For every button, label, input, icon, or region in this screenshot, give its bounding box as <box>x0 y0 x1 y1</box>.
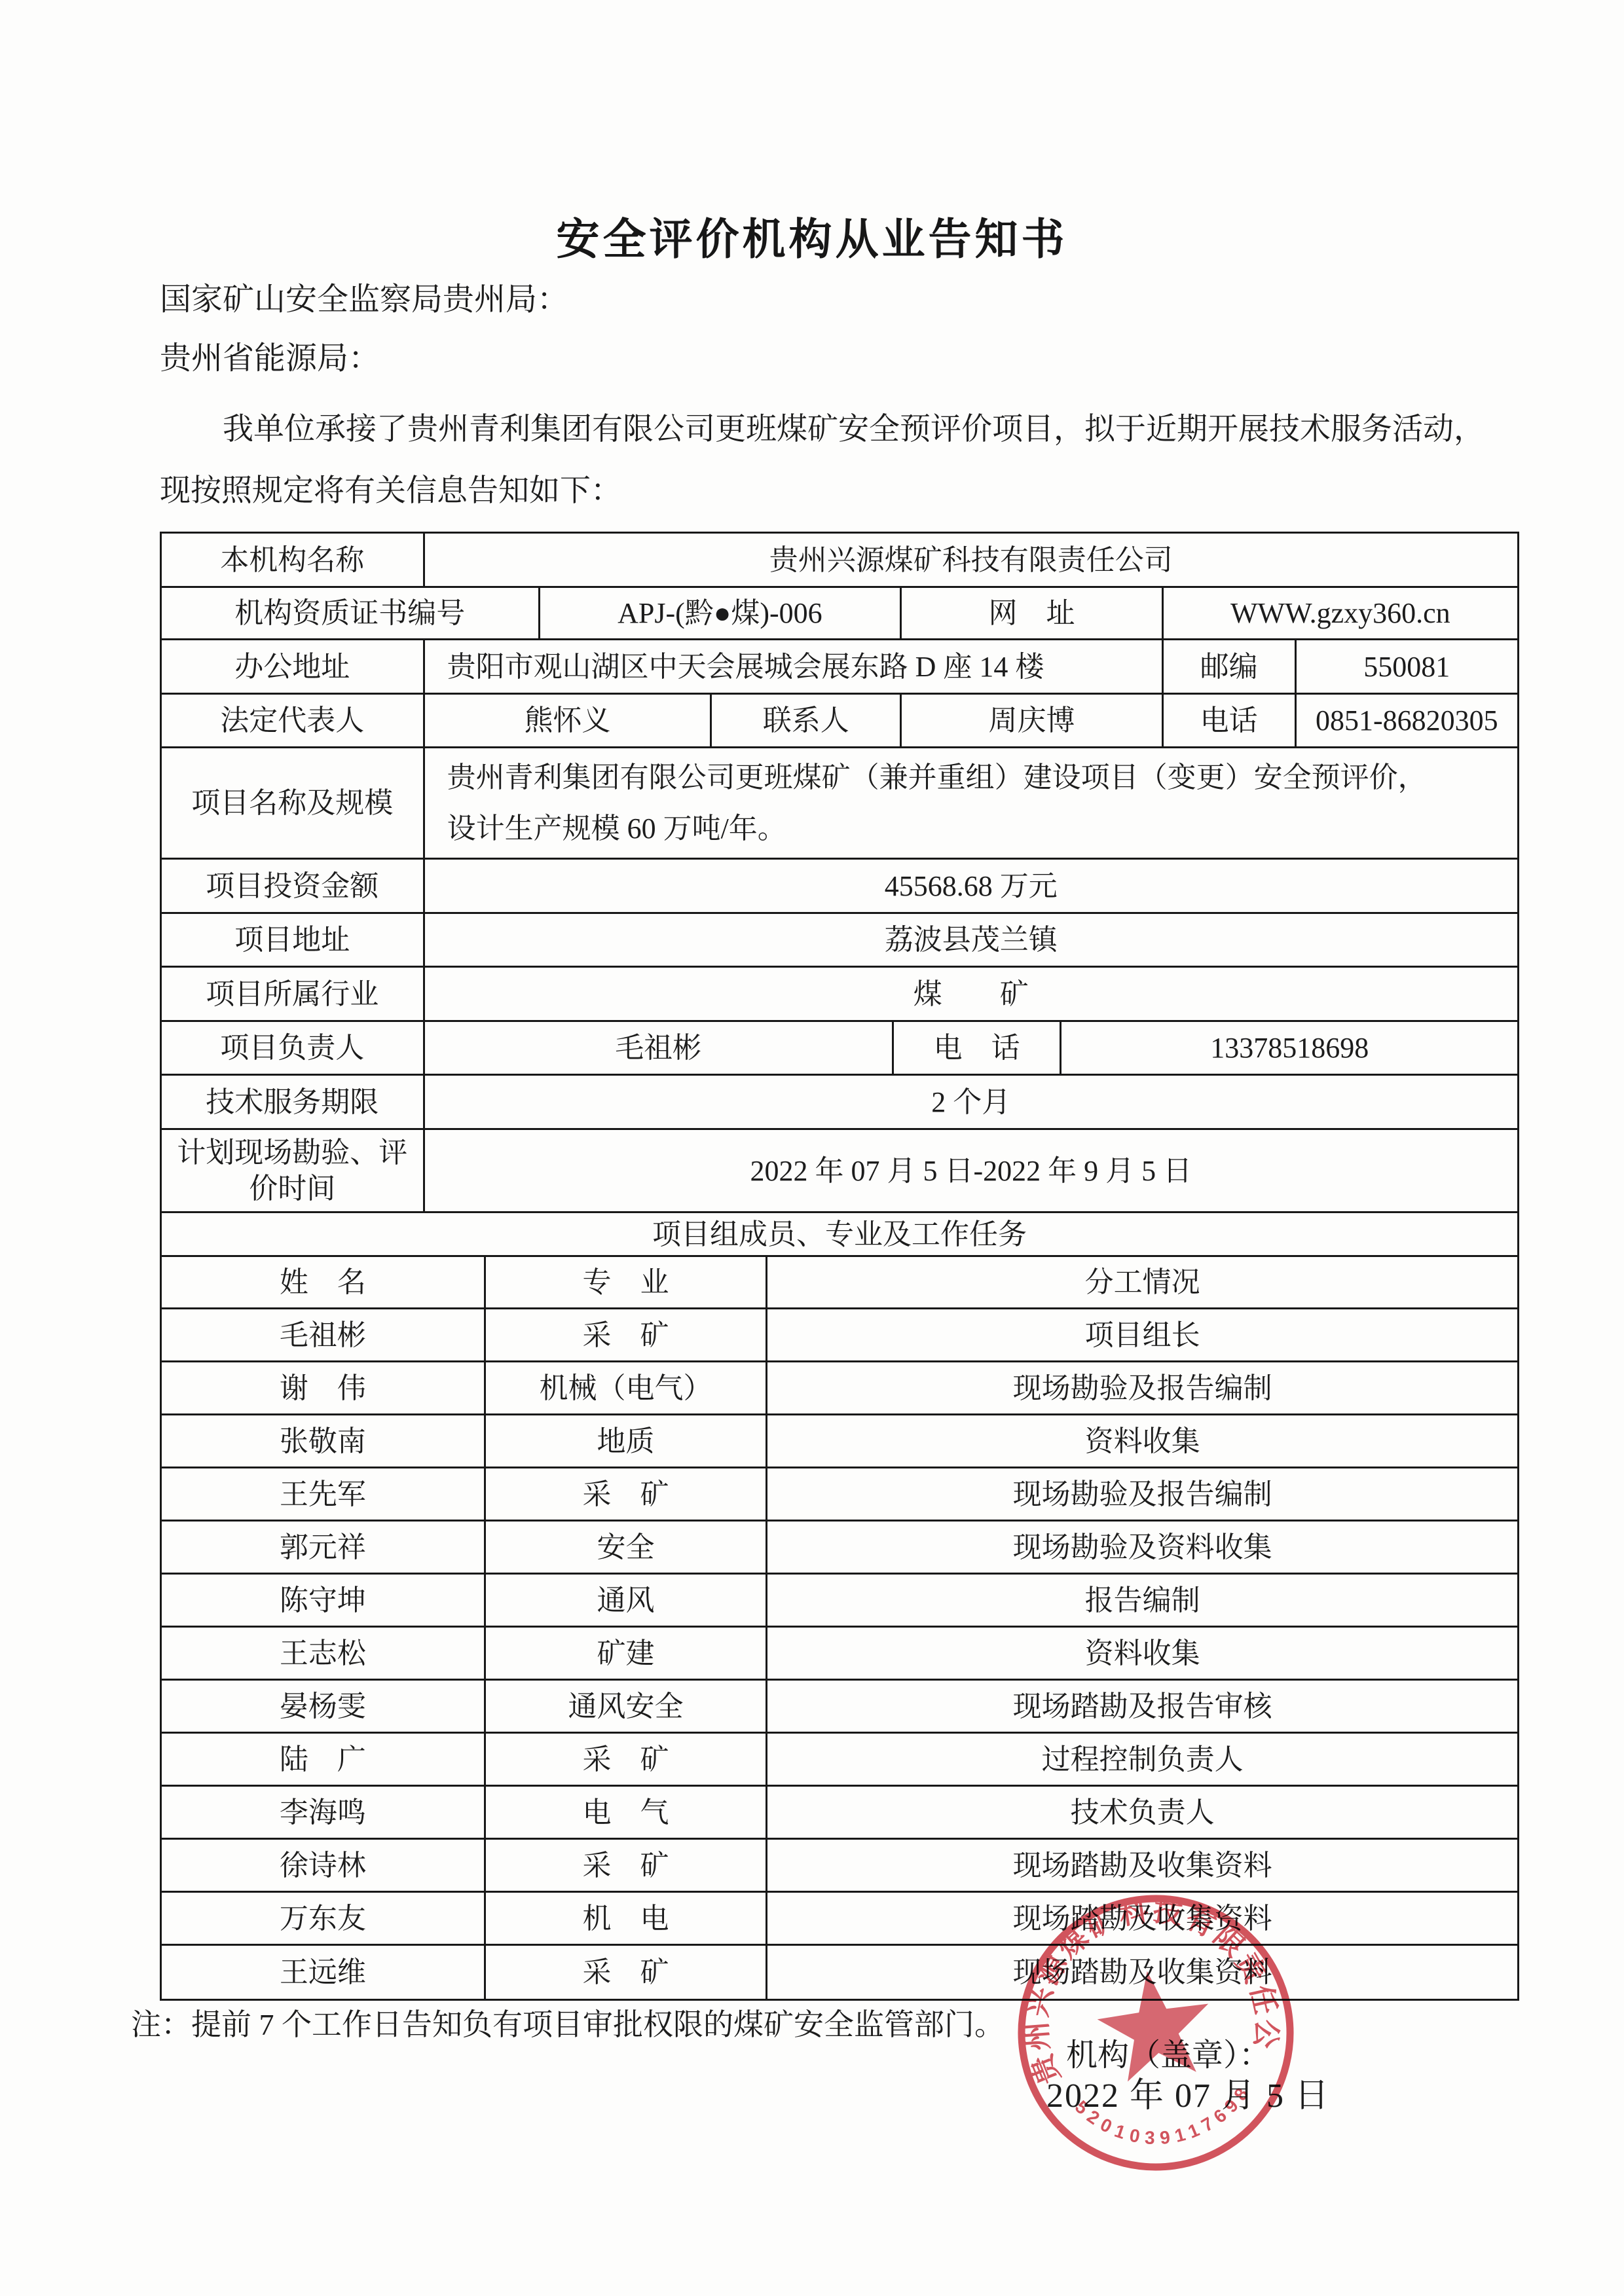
table-cell: 贵州兴源煤矿科技有限责任公司 <box>425 534 1517 586</box>
table-row: 办公地址贵阳市观山湖区中天会展城会展东路 D 座 14 楼邮编550081 <box>162 640 1517 695</box>
table-cell: 贵州青利集团有限公司更班煤矿（兼并重组）建设项目（变更）安全预评价，设计生产规模… <box>425 748 1517 858</box>
table-cell: 项目组成员、专业及工作任务 <box>162 1213 1517 1255</box>
intro-paragraph-line-2: 现按照规定将有关信息告知如下： <box>160 466 621 510</box>
table-cell: 熊怀义 <box>425 695 712 746</box>
table-cell: 项目地址 <box>162 914 425 966</box>
table-cell: 计划现场勘验、评价时间 <box>162 1130 425 1211</box>
table-cell: 45568.68 万元 <box>425 860 1517 912</box>
table-cell: 报告编制 <box>767 1575 1517 1626</box>
table-cell: 通风安全 <box>486 1681 768 1732</box>
table-cell: 煤 矿 <box>425 968 1517 1020</box>
table-cell: 采 矿 <box>486 1468 768 1520</box>
table-cell: 安全 <box>486 1522 768 1573</box>
table-cell: 机 电 <box>486 1893 768 1944</box>
table-cell: 法定代表人 <box>162 695 425 746</box>
table-cell: 徐诗林 <box>162 1840 486 1891</box>
table-cell: 陆 广 <box>162 1734 486 1785</box>
table-row: 王先军采 矿现场勘验及报告编制 <box>162 1468 1517 1522</box>
table-cell: 张敬南 <box>162 1415 486 1467</box>
addressee-line-2: 贵州省能源局： <box>160 333 380 378</box>
table-row: 技术服务期限2 个月 <box>162 1076 1517 1130</box>
table-cell: 项目组长 <box>767 1309 1517 1360</box>
table-cell: 电话 <box>1164 695 1297 746</box>
table-cell-line: 贵州青利集团有限公司更班煤矿（兼并重组）建设项目（变更）安全预评价， <box>447 752 1427 803</box>
table-row: 王志松矿建资料收集 <box>162 1628 1517 1681</box>
table-cell: 地质 <box>486 1415 768 1467</box>
table-row: 本机构名称贵州兴源煤矿科技有限责任公司 <box>162 534 1517 588</box>
signature-date: 2022 年 07 月 5 日 <box>1046 2068 1330 2117</box>
table-cell: 0851-86820305 <box>1297 695 1517 746</box>
table-cell: 邮编 <box>1164 640 1297 693</box>
table-cell: 资料收集 <box>767 1415 1517 1467</box>
table-cell: 毛祖彬 <box>162 1309 486 1360</box>
table-cell: 项目名称及规模 <box>162 748 425 858</box>
table-cell: 矿建 <box>486 1628 768 1679</box>
table-cell: 王先军 <box>162 1468 486 1520</box>
table-cell-line: 设计生产规模 60 万吨/年。 <box>447 803 786 854</box>
table-row: 项目名称及规模贵州青利集团有限公司更班煤矿（兼并重组）建设项目（变更）安全预评价… <box>162 748 1517 860</box>
table-cell: 办公地址 <box>162 640 425 693</box>
table-cell: 技术服务期限 <box>162 1076 425 1128</box>
table-cell: 谢 伟 <box>162 1362 486 1413</box>
table-cell: 现场踏勘及收集资料 <box>767 1946 1517 1999</box>
table-cell: 王志松 <box>162 1628 486 1679</box>
table-cell: 郭元祥 <box>162 1522 486 1573</box>
table-cell: 现场勘验及报告编制 <box>767 1362 1517 1413</box>
table-row: 万东友机 电现场踏勘及收集资料 <box>162 1893 1517 1946</box>
table-row: 郭元祥安全现场勘验及资料收集 <box>162 1522 1517 1575</box>
table-cell: 本机构名称 <box>162 534 425 586</box>
table-cell: 万东友 <box>162 1893 486 1944</box>
table-cell: 采 矿 <box>486 1309 768 1360</box>
table-cell: 周庆博 <box>902 695 1164 746</box>
table-row: 项目负责人毛祖彬电 话13378518698 <box>162 1022 1517 1076</box>
table-cell: 陈守坤 <box>162 1575 486 1626</box>
table-cell: 现场勘验及资料收集 <box>767 1522 1517 1573</box>
table-row: 机构资质证书编号APJ-(黔●煤)-006网 址WWW.gzxy360.cn <box>162 588 1517 640</box>
table-cell: 技术负责人 <box>767 1787 1517 1838</box>
table-cell: 过程控制负责人 <box>767 1734 1517 1785</box>
table-cell: 电 话 <box>894 1022 1062 1074</box>
table-cell: APJ-(黔●煤)-006 <box>540 588 902 638</box>
table-cell: 姓 名 <box>162 1257 486 1307</box>
table-cell: 通风 <box>486 1575 768 1626</box>
table-row: 徐诗林采 矿现场踏勘及收集资料 <box>162 1840 1517 1893</box>
table-cell: 王远维 <box>162 1946 486 1999</box>
table-row: 王远维采 矿现场踏勘及收集资料 <box>162 1946 1517 1999</box>
table-cell: 现场踏勘及报告审核 <box>767 1681 1517 1732</box>
table-row: 计划现场勘验、评价时间2022 年 07 月 5 日-2022 年 9 月 5 … <box>162 1130 1517 1213</box>
table-row: 毛祖彬采 矿项目组长 <box>162 1309 1517 1362</box>
table-cell: 现场踏勘及收集资料 <box>767 1840 1517 1891</box>
table-row: 项目地址荔波县茂兰镇 <box>162 914 1517 968</box>
table-row: 晏杨雯通风安全现场踏勘及报告审核 <box>162 1681 1517 1734</box>
table-row: 项目投资金额45568.68 万元 <box>162 860 1517 914</box>
table-row: 姓 名专 业分工情况 <box>162 1257 1517 1309</box>
document-page: 安全评价机构从业告知书 国家矿山安全监察局贵州局： 贵州省能源局： 我单位承接了… <box>0 0 1624 2296</box>
table-row: 谢 伟机械（电气）现场勘验及报告编制 <box>162 1362 1517 1415</box>
table-cell: 联系人 <box>712 695 902 746</box>
table-cell: 项目负责人 <box>162 1022 425 1074</box>
table-cell: 现场踏勘及收集资料 <box>767 1893 1517 1944</box>
table-cell: 550081 <box>1297 640 1517 693</box>
table-cell: WWW.gzxy360.cn <box>1164 588 1517 638</box>
table-cell: 项目投资金额 <box>162 860 425 912</box>
table-cell: 采 矿 <box>486 1734 768 1785</box>
table-row: 项目组成员、专业及工作任务 <box>162 1213 1517 1257</box>
table-cell: 专 业 <box>486 1257 768 1307</box>
table-row: 项目所属行业煤 矿 <box>162 968 1517 1022</box>
notification-table: 本机构名称贵州兴源煤矿科技有限责任公司机构资质证书编号APJ-(黔●煤)-006… <box>160 532 1519 2001</box>
table-cell: 机构资质证书编号 <box>162 588 540 638</box>
table-cell: 贵阳市观山湖区中天会展城会展东路 D 座 14 楼 <box>425 640 1164 693</box>
table-cell: 分工情况 <box>767 1257 1517 1307</box>
table-cell: 毛祖彬 <box>425 1022 894 1074</box>
table-cell: 项目所属行业 <box>162 968 425 1020</box>
document-title: 安全评价机构从业告知书 <box>0 204 1624 266</box>
table-cell: 现场勘验及报告编制 <box>767 1468 1517 1520</box>
table-cell: 网 址 <box>902 588 1164 638</box>
intro-paragraph-line-1: 我单位承接了贵州青利集团有限公司更班煤矿安全预评价项目，拟于近期开展技术服务活动… <box>223 405 1485 448</box>
table-cell: 采 矿 <box>486 1840 768 1891</box>
table-cell: 资料收集 <box>767 1628 1517 1679</box>
table-row: 陈守坤通风报告编制 <box>162 1575 1517 1628</box>
table-cell: 机械（电气） <box>486 1362 768 1413</box>
table-cell: 2022 年 07 月 5 日-2022 年 9 月 5 日 <box>425 1130 1517 1211</box>
table-cell: 2 个月 <box>425 1076 1517 1128</box>
table-row: 张敬南地质资料收集 <box>162 1415 1517 1468</box>
table-cell: 晏杨雯 <box>162 1681 486 1732</box>
table-row: 李海鸣电 气技术负责人 <box>162 1787 1517 1840</box>
table-row: 法定代表人熊怀义联系人周庆博电话0851-86820305 <box>162 695 1517 748</box>
table-cell: 电 气 <box>486 1787 768 1838</box>
table-cell: 采 矿 <box>486 1946 768 1999</box>
footnote: 注：提前 7 个工作日告知负有项目审批权限的煤矿安全监管部门。 <box>131 2001 1005 2044</box>
table-cell: 荔波县茂兰镇 <box>425 914 1517 966</box>
addressee-line-1: 国家矿山安全监察局贵州局： <box>160 274 568 319</box>
table-cell: 李海鸣 <box>162 1787 486 1838</box>
table-cell: 13378518698 <box>1061 1022 1517 1074</box>
table-row: 陆 广采 矿过程控制负责人 <box>162 1734 1517 1787</box>
